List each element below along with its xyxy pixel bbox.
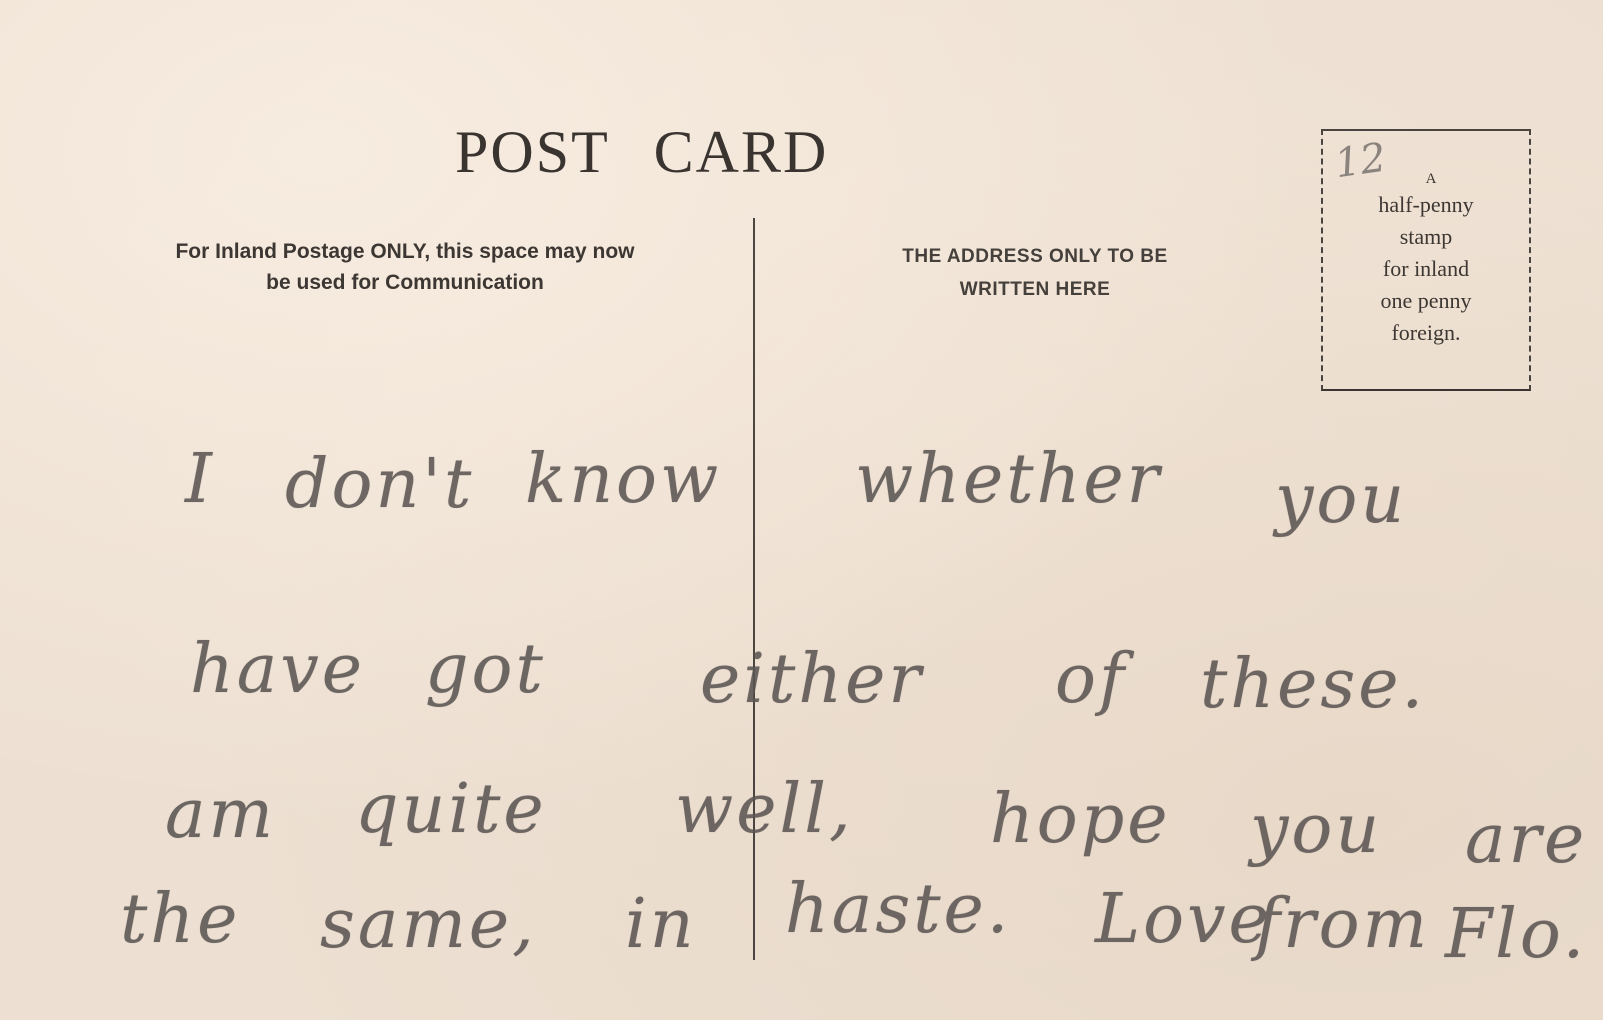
stamp-line-4: for inland	[1323, 253, 1529, 285]
handwritten-word: of	[1055, 640, 1127, 719]
stamp-line-6: foreign.	[1323, 317, 1529, 349]
handwritten-word: Flo.	[1445, 895, 1587, 974]
address-header-line-1: THE ADDRESS ONLY TO BE	[850, 240, 1220, 273]
handwritten-word: you	[1275, 460, 1407, 539]
stamp-instructions: A half-penny stamp for inland one penny …	[1323, 169, 1529, 349]
postcard-back: POST CARD For Inland Postage ONLY, this …	[0, 0, 1603, 1020]
handwritten-word: Love	[1095, 880, 1272, 959]
handwritten-word: quite	[355, 770, 547, 849]
handwritten-word: don't	[285, 445, 474, 524]
handwritten-word: you	[1250, 790, 1382, 869]
handwritten-word: well,	[675, 770, 854, 849]
handwritten-word: these.	[1200, 645, 1426, 724]
stamp-line-2: half-penny	[1323, 189, 1529, 221]
handwritten-word: in	[625, 885, 697, 964]
message-header-line-1: For Inland Postage ONLY, this space may …	[85, 236, 725, 267]
handwritten-word: same,	[320, 885, 537, 964]
pencil-annotation: 12	[1332, 135, 1389, 188]
address-side-header: THE ADDRESS ONLY TO BE WRITTEN HERE	[850, 240, 1220, 306]
handwritten-word: hope	[990, 780, 1171, 859]
message-side-header: For Inland Postage ONLY, this space may …	[85, 236, 725, 298]
handwritten-word: know	[525, 440, 721, 519]
handwritten-word: whether	[855, 440, 1162, 519]
handwritten-word: from	[1255, 885, 1430, 964]
address-header-line-2: WRITTEN HERE	[850, 273, 1220, 306]
stamp-line-5: one penny	[1323, 285, 1529, 317]
message-header-line-2: be used for Communication	[85, 267, 725, 298]
handwritten-word: I	[185, 440, 215, 519]
handwritten-word: am	[165, 775, 276, 854]
handwritten-word: are	[1465, 800, 1587, 879]
handwritten-word: got	[425, 630, 546, 709]
handwritten-word: the	[120, 880, 240, 959]
handwritten-word: have	[190, 630, 365, 709]
handwritten-word: either	[700, 640, 924, 719]
stamp-line-3: stamp	[1323, 221, 1529, 253]
handwritten-word: haste.	[785, 870, 1011, 949]
postcard-title: POST CARD	[455, 118, 905, 187]
